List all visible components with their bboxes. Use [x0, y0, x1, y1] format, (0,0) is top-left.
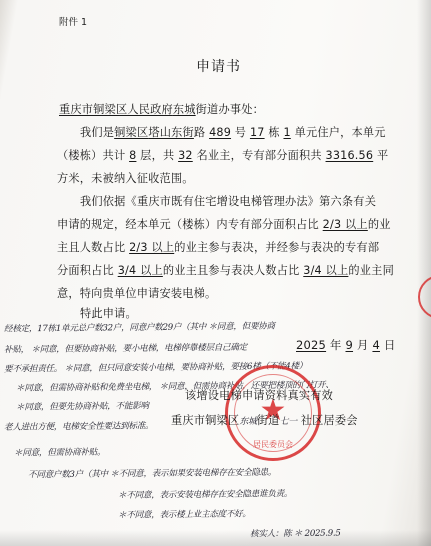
text: 路 [194, 126, 209, 139]
stamp-text: 居民委员会 [228, 439, 318, 450]
paragraph2-line-a: 我们依据《重庆市既有住宅增设电梯管理办法》第六条有关 [80, 193, 376, 209]
addressee-suffix: 街道办事处： [196, 103, 264, 116]
ratio-vote-people: 3/4 以上 [303, 264, 348, 277]
scanned-page: 附件 1 申请书 重庆市铜梁区人民政府东城街道办事处： 我们是铜梁区塔山东街路 … [0, 0, 431, 546]
handwritten-note-10: ＊不同意，表示楼上业主态度不好。 [118, 507, 251, 520]
text: 的业主且参与表决人数占比 [163, 264, 303, 277]
issuing-organization: 重庆市铜梁区东城街道七一 社区居委会 [171, 412, 358, 428]
text: 栋 [265, 126, 284, 139]
closing-text: 特此申请。 [80, 305, 137, 321]
text: 的业主参与表决，并经参与表决的专有部 [174, 241, 379, 254]
text: 年 [326, 338, 345, 352]
document-title: 申请书 [196, 56, 241, 76]
road: 塔山东街 [148, 126, 194, 139]
attachment-label: 附件 1 [59, 14, 87, 28]
district: 铜梁区 [114, 126, 148, 139]
handwritten-note-8: 不同意户数3户（其中 ＊不同意，表示如果安装电梯存在安全隐患。 [28, 466, 276, 481]
text: 日 [380, 338, 396, 352]
owner-count: 32 [178, 149, 193, 162]
text: 重庆市铜梁区 [171, 414, 239, 427]
handwritten-note-5: ＊同意，但要先协商补贴，不能影响 [16, 399, 149, 412]
handwritten-note-6: 老人进出方便，电梯安全性要达到标准。 [4, 419, 153, 433]
text: 名业主，专有部分面积共 [193, 149, 326, 162]
page-shadow-right [417, 0, 431, 546]
addressee-prefix: 重庆市铜梁区人民政府 [59, 103, 173, 116]
text: 号 [231, 126, 250, 139]
house-number: 489 [209, 126, 231, 139]
ratio-people: 2/3 以上 [129, 241, 174, 254]
verifier-signature: 核实人：陈 ＊ 2025.9.5 [250, 527, 341, 540]
text: 单元住户，本单元 [291, 126, 386, 139]
text: 我们是 [80, 126, 114, 139]
handwritten-note-9: ＊不同意，表示安装电梯存在安全隐患谁负责。 [118, 487, 292, 501]
text: 的业主同 [348, 264, 394, 277]
handwritten-note-7: ＊同意，但需协商补贴。 [14, 446, 105, 459]
text: 申请的规定，经本单元（楼栋）内专有部分面积占比 [57, 218, 323, 231]
text: 社区居委会 [301, 414, 358, 427]
ratio-area: 2/3 以上 [323, 218, 368, 231]
paragraph1-line-a: 我们是铜梁区塔山东街路 489 号 17 栋 1 单元住户，本单元 [80, 124, 386, 140]
paragraph2-line-c: 主且人数占比 2/3 以上的业主参与表决，并经参与表决的专有部 [57, 239, 379, 255]
date-year: 2025 [296, 338, 326, 352]
text: 层，共 [136, 149, 178, 162]
paragraph1-line-b: （楼栋）共计 8 层，共 32 名业主，专有部分面积共 3316.56 平 [57, 147, 388, 163]
paragraph2-line-e: 意，特向贵单位申请安装电梯。 [57, 285, 216, 301]
addressee-street: 东城 [173, 103, 196, 116]
handwritten-street-name: 七一 [280, 417, 297, 427]
handwritten-note-1: 经核定，17栋1单元总户数32户，同意户数29户（其中 ＊同意，但要协商 [4, 320, 275, 335]
text: 平 [373, 149, 388, 162]
text: （楼栋）共计 [57, 149, 129, 162]
paragraph1-line-c: 方米，未被纳入征收范围。 [57, 170, 194, 186]
paragraph2-line-d: 分面积占比 3/4 以上的业主且参与表决人数占比 3/4 以上的业主同 [57, 262, 394, 278]
date-day: 4 [372, 338, 380, 352]
area-value: 3316.56 [326, 149, 374, 162]
text: 街道 [257, 414, 280, 427]
building-number: 17 [250, 126, 265, 139]
ratio-vote-area: 3/4 以上 [118, 264, 163, 277]
handwritten-note-2: 补贴， ＊同意，但要协商补贴，要小电梯，电梯停靠楼层自己确定 [4, 341, 247, 356]
paragraph2-line-b: 申请的规定，经本单元（楼栋）内专有部分面积占比 2/3 以上的业 [57, 216, 391, 232]
date-month: 9 [346, 338, 354, 352]
text: 的业 [368, 218, 391, 231]
handwritten-community: 东城 [239, 417, 256, 427]
application-date: 2025 年 9 月 4 日 [296, 337, 396, 353]
page-shadow-bottom [0, 530, 431, 546]
text: 分面积占比 [57, 264, 118, 277]
addressee: 重庆市铜梁区人民政府东城街道办事处： [59, 101, 264, 117]
verification-statement: 该增设电梯申请资料真实有效 [185, 387, 333, 403]
text: 月 [353, 338, 372, 352]
text: 主且人数占比 [57, 241, 129, 254]
unit-number: 1 [283, 126, 290, 139]
